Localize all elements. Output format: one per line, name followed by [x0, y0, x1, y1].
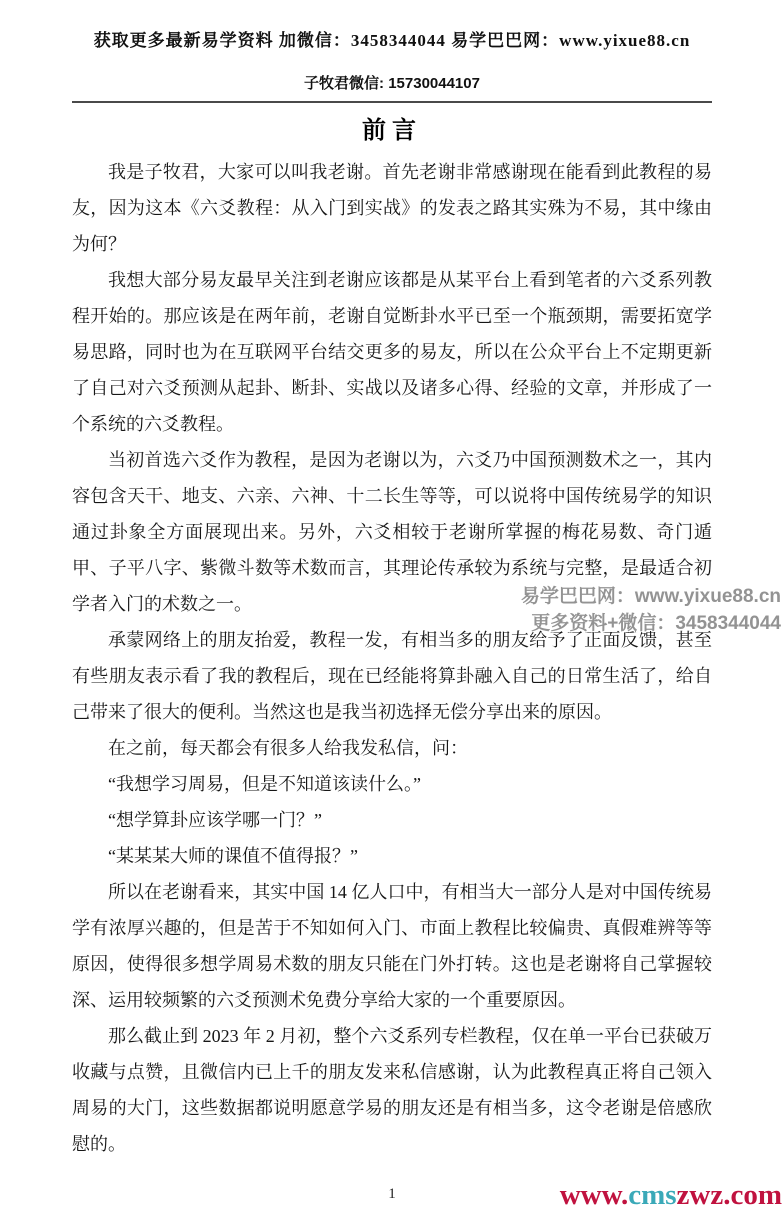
header-promo-text: 获取更多最新易学资料 加微信：3458344044 易学巴巴网：www.yixu… — [0, 26, 784, 51]
footer-url-domain-segment: zwz.com — [677, 1179, 782, 1211]
paragraph-messages: 在之前，每天都会有很多人给我发私信，问： — [72, 730, 712, 766]
footer-site-link[interactable]: www.cmszwz.com — [560, 1178, 782, 1212]
document-page: 获取更多最新易学资料 加微信：3458344044 易学巴巴网：www.yixu… — [0, 0, 784, 1218]
paragraph-why-liuyao: 当初首选六爻作为教程，是因为老谢以为，六爻乃中国预测数术之一，其内容包含天干、地… — [72, 442, 712, 622]
quote-line-1: “我想学习周易，但是不知道该读什么。” — [72, 766, 712, 802]
quote-line-3: “某某某大师的课值不值得报？” — [72, 838, 712, 874]
footer-url-cms-segment: cms — [628, 1179, 676, 1211]
paragraph-intro: 我是子牧君，大家可以叫我老谢。首先老谢非常感谢现在能看到此教程的易友，因为这本《… — [72, 154, 712, 262]
paragraph-feedback: 承蒙网络上的朋友抬爱，教程一发，有相当多的朋友给予了正面反馈，甚至有些朋友表示看… — [72, 622, 712, 730]
document-body: 我是子牧君，大家可以叫我老谢。首先老谢非常感谢现在能看到此教程的易友，因为这本《… — [72, 154, 712, 1162]
paragraph-origin: 我想大部分易友最早关注到老谢应该都是从某平台上看到笔者的六爻系列教程开始的。那应… — [72, 262, 712, 442]
paragraph-stats: 那么截止到 2023 年 2 月初，整个六爻系列专栏教程，仅在单一平台已获破万收… — [72, 1018, 712, 1162]
page-title: 前言 — [0, 110, 784, 145]
footer-url-www-segment: www. — [560, 1179, 628, 1211]
paragraph-reason: 所以在老谢看来，其实中国 14 亿人口中，有相当大一部分人是对中国传统易学有浓厚… — [72, 874, 712, 1018]
quote-line-2: “想学算卦应该学哪一门？” — [72, 802, 712, 838]
header-divider — [72, 101, 712, 103]
header-wechat-text: 子牧君微信: 15730044107 — [0, 72, 784, 93]
